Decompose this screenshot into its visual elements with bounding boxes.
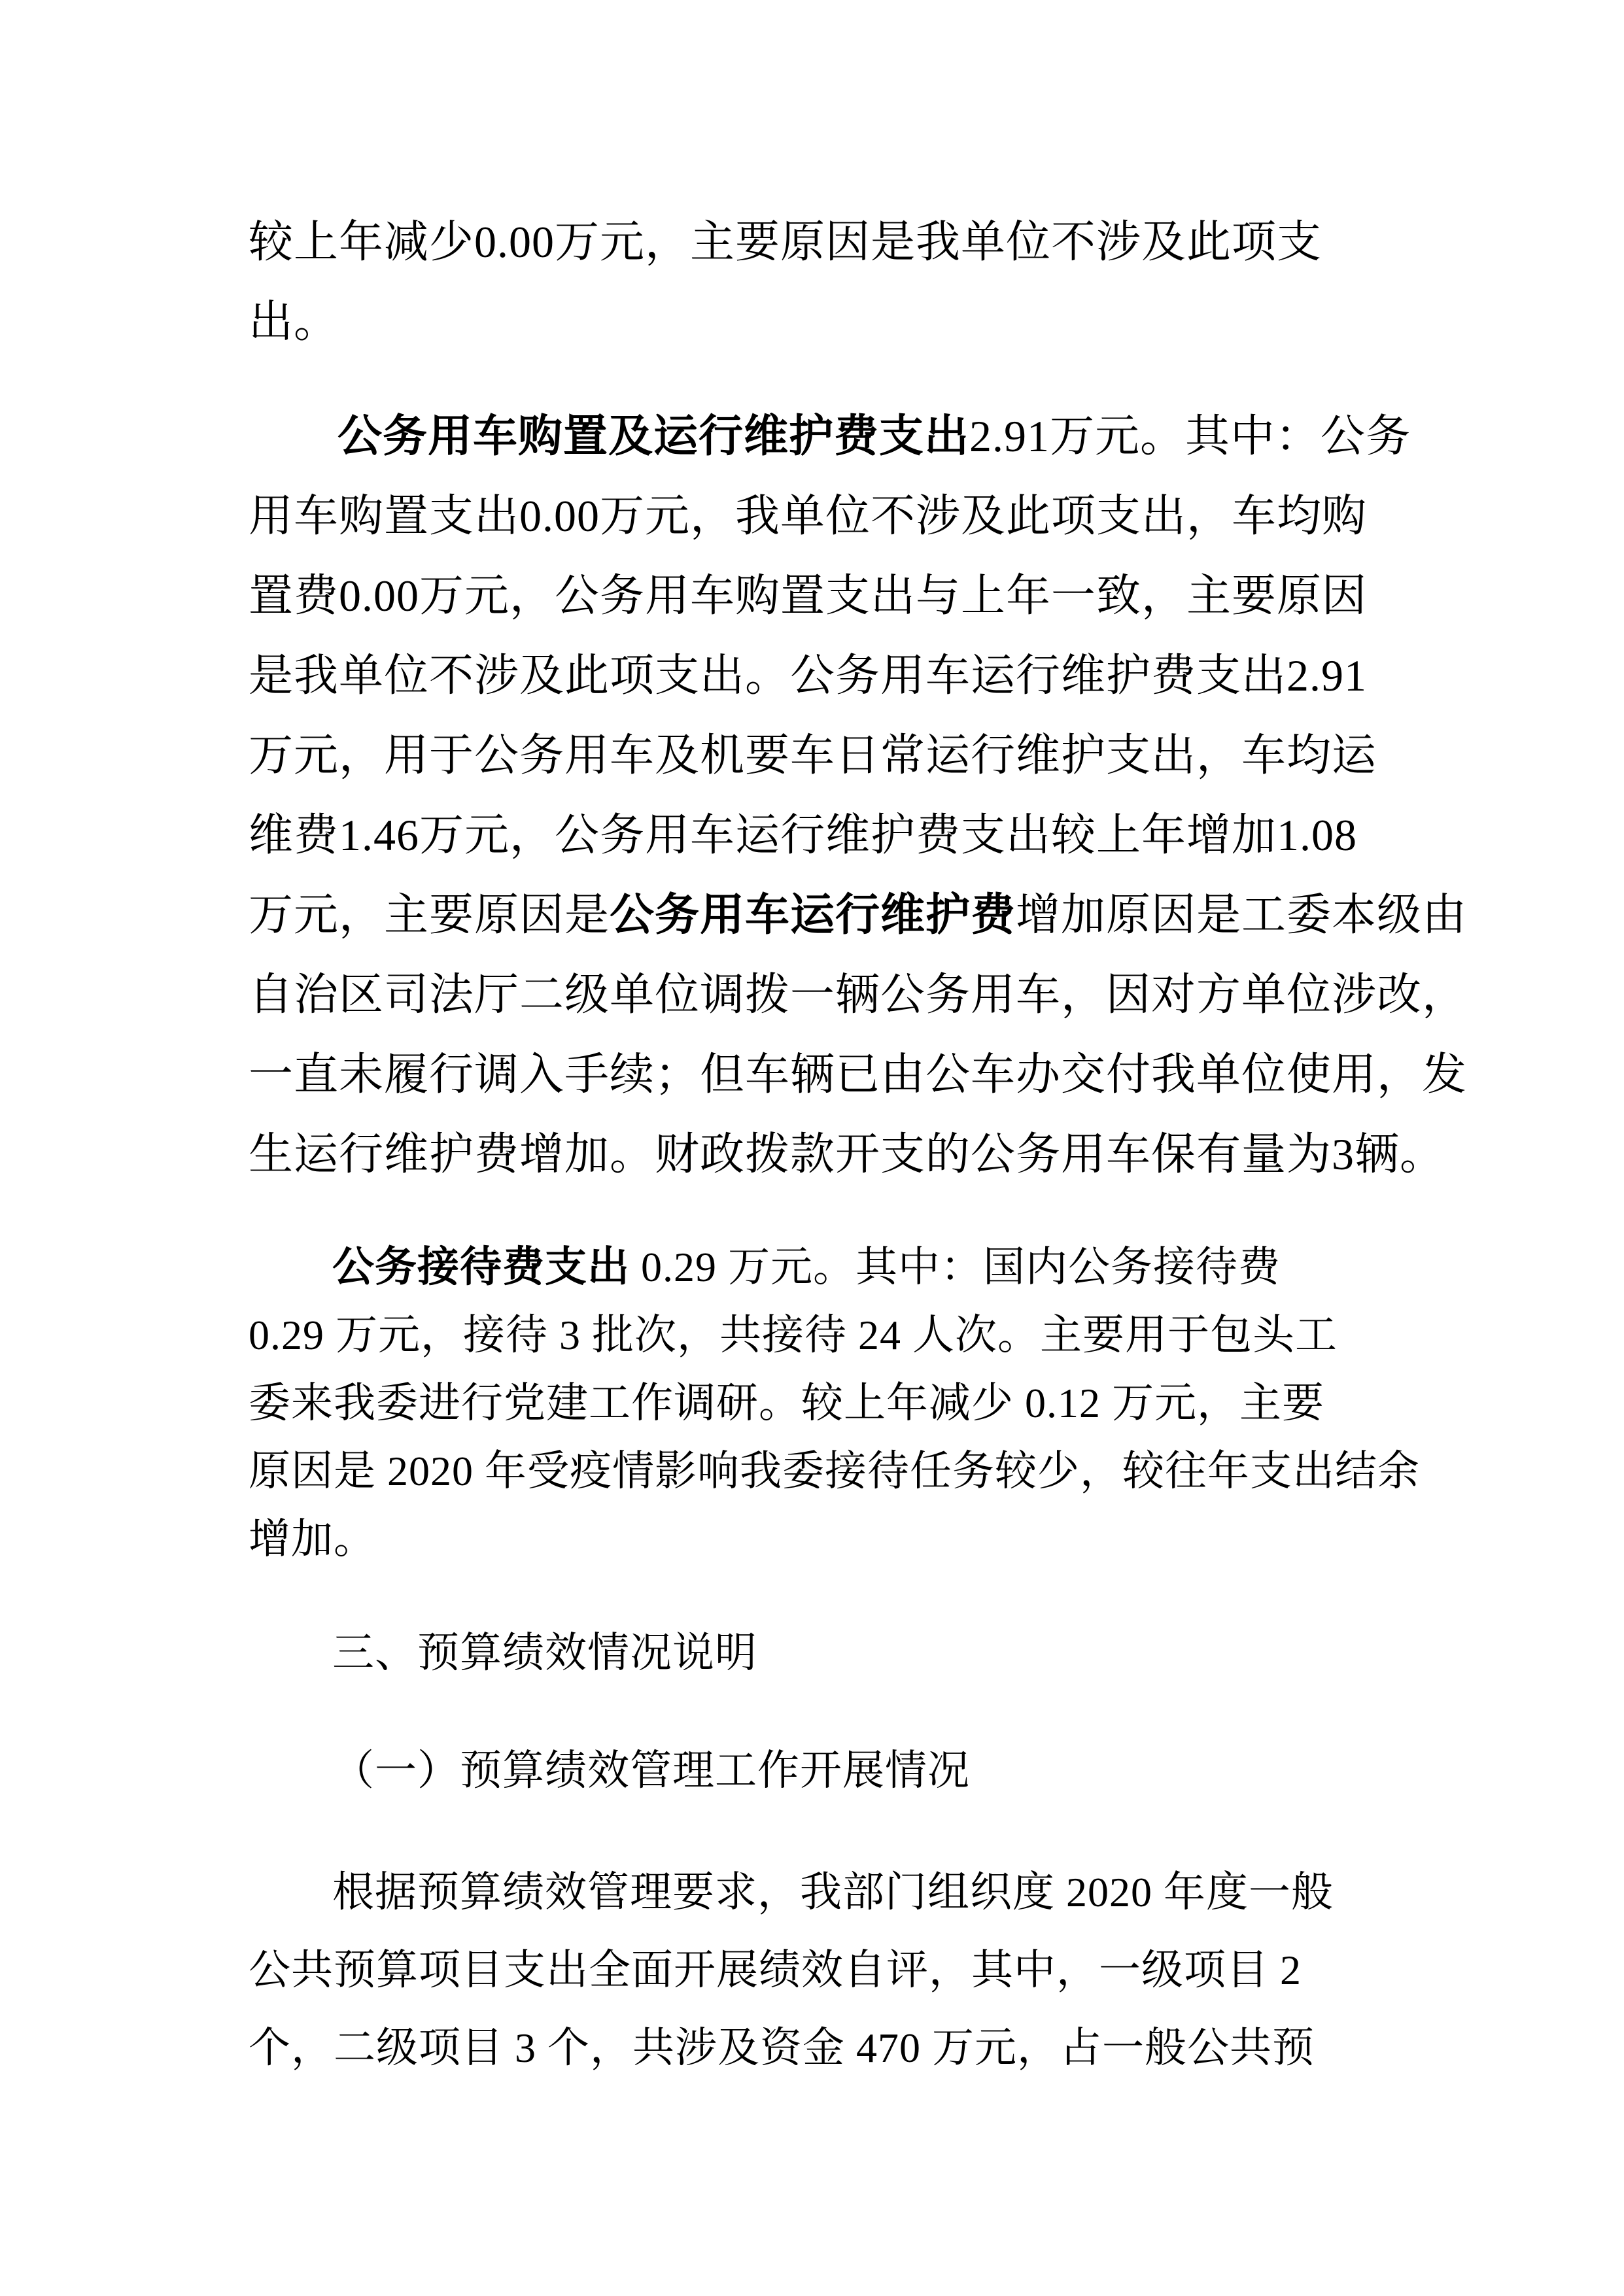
- text-segment: 是我单位不涉及此项支出。公务用车运行维护费支出2.91: [249, 651, 1367, 700]
- text-segment: 万元，主要原因是: [249, 890, 610, 940]
- text-line: 生运行维护费增加。财政拨款开支的公务用车保有量为3辆。: [249, 1114, 1426, 1194]
- text-segment: 万元，用于公务用车及机要车日常运行维护支出，车均运: [249, 730, 1377, 780]
- text-segment: 出。: [249, 297, 339, 347]
- body-paragraph: 公务接待费支出 0.29 万元。其中：国内公务接待费 0.29 万元，接待 3 …: [249, 1233, 1426, 1573]
- text-line: 较上年减少0.00万元，主要原因是我单位不涉及此项支: [249, 202, 1426, 282]
- text-line: 0.29 万元，接待 3 批次，共接待 24 人次。主要用于包头工: [249, 1301, 1426, 1369]
- text-line: 一直未履行调入手续；但车辆已由公车办交付我单位使用，发: [249, 1035, 1426, 1114]
- text-line: 万元，用于公务用车及机要车日常运行维护支出，车均运: [249, 715, 1426, 795]
- text-segment: （一）预算绩效管理工作开展情况: [332, 1747, 970, 1794]
- body-paragraph: 公务用车购置及运行维护费支出2.91万元。其中：公务 用车购置支出0.00万元，…: [249, 396, 1426, 1194]
- text-line: 增加。: [249, 1505, 1426, 1573]
- text-segment: 一直未履行调入手续；但车辆已由公车办交付我单位使用，发: [249, 1050, 1467, 1099]
- text-line: 出。: [249, 282, 1426, 362]
- text-line: 原因是 2020 年受疫情影响我委接待任务较少，较往年支出结余: [249, 1437, 1426, 1505]
- text-segment: 0.29 万元，接待 3 批次，共接待 24 人次。主要用于包头工: [249, 1312, 1338, 1358]
- text-segment: 原因是 2020 年受疫情影响我委接待任务较少，较往年支出结余: [249, 1448, 1420, 1494]
- text-segment: 0.29 万元。其中：国内公务接待费: [630, 1244, 1281, 1290]
- text-segment: 用车购置支出0.00万元，我单位不涉及此项支出，车均购: [249, 491, 1367, 541]
- text-line: 个，二级项目 3 个，共涉及资金 470 万元，占一般公共预: [249, 2009, 1426, 2087]
- text-segment: 委来我委进行党建工作调研。较上年减少 0.12 万元，主要: [249, 1380, 1324, 1426]
- bold-text-segment: 公务用车运行维护费: [610, 890, 1016, 940]
- text-segment: 2.91万元。其中：公务: [969, 411, 1411, 461]
- text-line: 委来我委进行党建工作调研。较上年减少 0.12 万元，主要: [249, 1369, 1426, 1437]
- text-segment: 个，二级项目 3 个，共涉及资金 470 万元，占一般公共预: [249, 2025, 1315, 2071]
- text-segment: 维费1.46万元，公务用车运行维护费支出较上年增加1.08: [249, 810, 1357, 860]
- text-segment: 生运行维护费增加。财政拨款开支的公务用车保有量为3辆。: [249, 1129, 1445, 1179]
- text-line: 公务接待费支出 0.29 万元。其中：国内公务接待费: [249, 1233, 1426, 1301]
- text-line: 公务用车购置及运行维护费支出2.91万元。其中：公务: [249, 396, 1426, 476]
- text-line: （一）预算绩效管理工作开展情况: [249, 1737, 1426, 1805]
- text-line: 是我单位不涉及此项支出。公务用车运行维护费支出2.91: [249, 636, 1426, 715]
- text-line: 万元，主要原因是公务用车运行维护费增加原因是工委本级由: [249, 875, 1426, 955]
- subsection-heading: （一）预算绩效管理工作开展情况: [249, 1737, 1426, 1805]
- text-line: 自治区司法厅二级单位调拨一辆公务用车，因对方单位涉改，: [249, 955, 1426, 1035]
- text-segment: 公共预算项目支出全面开展绩效自评，其中，一级项目 2: [249, 1947, 1302, 1993]
- body-paragraph: 根据预算绩效管理要求，我部门组织度 2020 年度一般 公共预算项目支出全面开展…: [249, 1853, 1426, 2087]
- text-segment: 根据预算绩效管理要求，我部门组织度 2020 年度一般: [332, 1869, 1334, 1915]
- text-line: 维费1.46万元，公务用车运行维护费支出较上年增加1.08: [249, 795, 1426, 875]
- text-segment: 三、预算绩效情况说明: [332, 1630, 757, 1676]
- text-line: 置费0.00万元，公务用车购置支出与上年一致，主要原因: [249, 556, 1426, 636]
- text-segment: 增加原因是工委本级由: [1016, 890, 1467, 940]
- bold-text-segment: 公务接待费支出: [332, 1244, 630, 1290]
- text-line: 用车购置支出0.00万元，我单位不涉及此项支出，车均购: [249, 476, 1426, 556]
- text-segment: 较上年减少0.00万元，主要原因是我单位不涉及此项支: [249, 217, 1322, 267]
- section-heading: 三、预算绩效情况说明: [249, 1619, 1426, 1687]
- text-segment: 增加。: [249, 1516, 376, 1562]
- bold-text-segment: 公务用车购置及运行维护费支出: [337, 411, 969, 461]
- body-paragraph: 较上年减少0.00万元，主要原因是我单位不涉及此项支 出。: [249, 202, 1426, 362]
- text-segment: 置费0.00万元，公务用车购置支出与上年一致，主要原因: [249, 571, 1367, 621]
- document-page: 较上年减少0.00万元，主要原因是我单位不涉及此项支 出。 公务用车购置及运行维…: [0, 0, 1624, 2296]
- text-line: 根据预算绩效管理要求，我部门组织度 2020 年度一般: [249, 1853, 1426, 1931]
- text-segment: 自治区司法厅二级单位调拨一辆公务用车，因对方单位涉改，: [249, 970, 1467, 1019]
- text-line: 三、预算绩效情况说明: [249, 1619, 1426, 1687]
- text-line: 公共预算项目支出全面开展绩效自评，其中，一级项目 2: [249, 1931, 1426, 2009]
